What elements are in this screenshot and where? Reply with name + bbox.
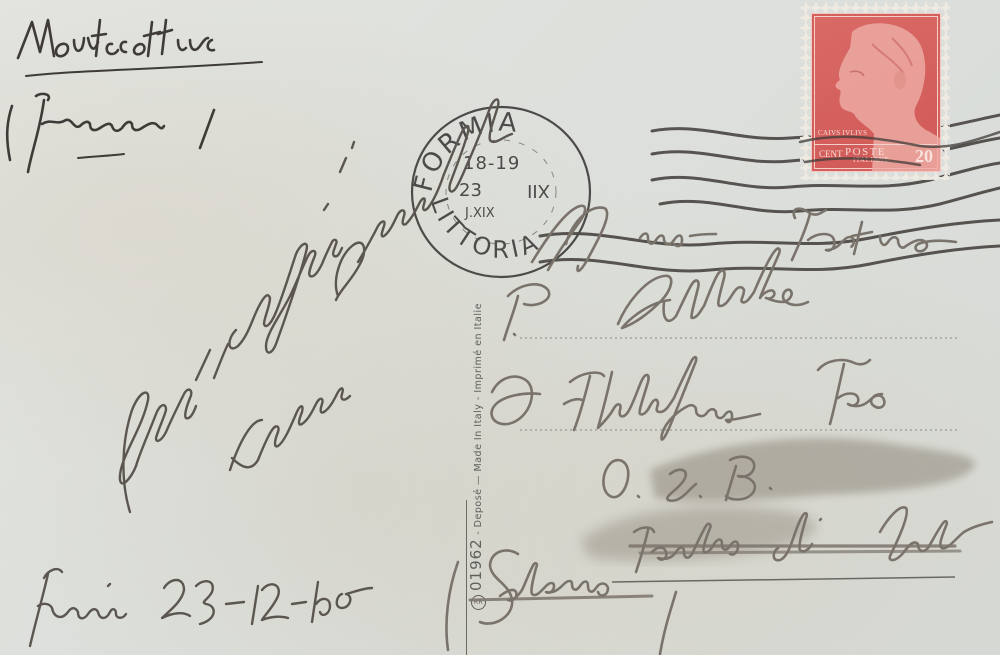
postcard-back: CAIVS IVLIVS CENT POSTE ITALIANE 20 FORM… xyxy=(0,0,1000,655)
handwriting-strokes xyxy=(0,0,1000,655)
